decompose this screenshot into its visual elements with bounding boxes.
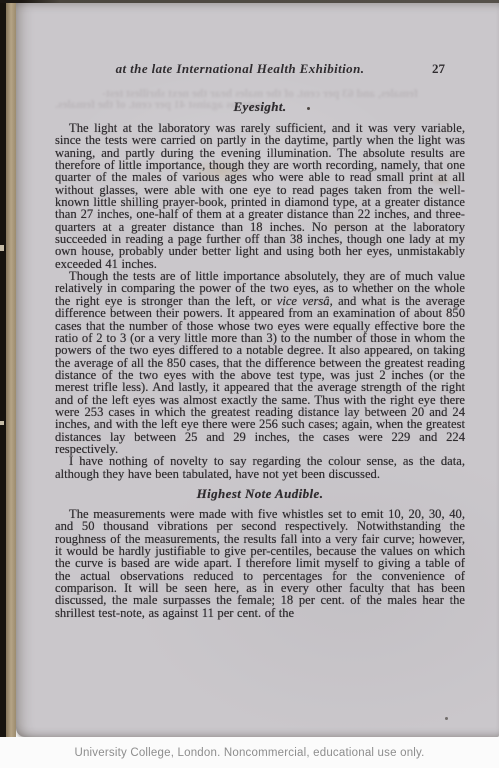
paragraph-text: and what is the average difference betwe…: [55, 294, 465, 456]
page-number: 27: [432, 61, 445, 77]
spine-edge-nick: [0, 245, 4, 251]
spine-edge-nick: [0, 421, 4, 425]
paragraph-highest-note: The measurements were made with five whi…: [55, 508, 465, 619]
paper-speck: [445, 717, 448, 720]
paragraph-eyesight-1: The light at the laboratory was rarely s…: [55, 122, 465, 270]
section-heading-highest-note: Highest Note Audible.: [55, 486, 465, 502]
scan-top-edge: [0, 0, 499, 3]
scanned-book-page: at the late International Health Exhibit…: [0, 0, 499, 768]
book-spine-edge: [0, 0, 6, 737]
image-caption-bar: University College, London. Noncommercia…: [0, 737, 499, 768]
book-binding-strip: [5, 2, 16, 743]
book-page: at the late International Health Exhibit…: [16, 3, 499, 737]
running-header-title: at the late International Health Exhibit…: [55, 61, 465, 77]
paragraph-eyesight-2: Though the tests are of little importanc…: [55, 270, 465, 455]
running-header: at the late International Health Exhibit…: [55, 61, 465, 77]
paragraph-colour-sense: I have nothing of novelty to say regardi…: [55, 455, 465, 480]
page-content: Eyesight. The light at the laboratory wa…: [55, 99, 465, 619]
section-heading-eyesight: Eyesight.: [55, 99, 465, 115]
caption-text: University College, London. Noncommercia…: [74, 747, 424, 759]
